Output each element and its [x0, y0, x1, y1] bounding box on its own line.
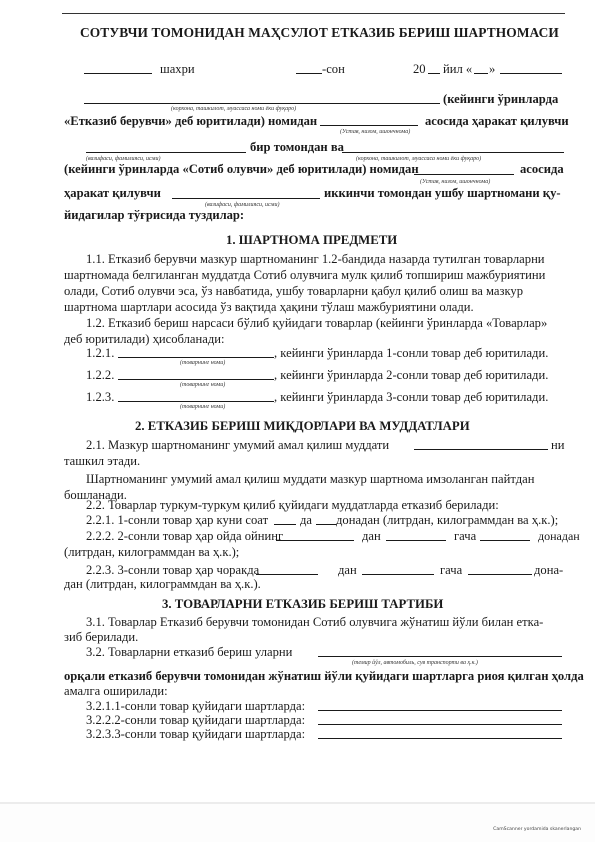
qty3-blank[interactable]	[468, 574, 532, 575]
qty2-blank[interactable]	[480, 540, 530, 541]
from-q-blank[interactable]	[256, 574, 318, 575]
s2-p21-tail: ни	[551, 438, 564, 453]
item-1-blank[interactable]	[118, 357, 274, 358]
s3-p32-line: амалга оширилади:	[64, 684, 168, 699]
s1-p2-line: 1.2. Етказиб бериш нарсаси бўлиб қуйидаг…	[86, 316, 547, 331]
scanner-watermark: CamScanner yordamida skanerlangan	[493, 827, 581, 832]
s2-p222-mid1: дан	[362, 529, 381, 544]
s2-p223-mid2: гача	[440, 563, 462, 578]
s3-p32-line: орқали етказиб берувчи томонидан жўнатиш…	[64, 669, 584, 684]
section3-heading: 3. ТОВАРЛАРНИ ЕТКАЗИБ БЕРИШ ТАРТИБИ	[162, 597, 443, 612]
item-1-hint: (товарнинг номи)	[180, 360, 225, 366]
hint-basis: (Устав, низом, ишончнома)	[340, 129, 410, 135]
city-label: шахри	[160, 62, 195, 77]
item-3-hint: (товарнинг номи)	[180, 404, 225, 410]
city-blank[interactable]	[84, 73, 152, 74]
parties-line6: йидагилар тўғрисида туздилар:	[64, 208, 244, 223]
item-2-tail: , кейинги ўринларда 2-сонли товар деб юр…	[274, 368, 548, 383]
from-day-blank[interactable]	[276, 540, 354, 541]
parties-line4-tail: асосида	[520, 162, 564, 177]
item-1-num: 1.2.1.	[86, 346, 114, 361]
supplier-person-blank[interactable]	[86, 152, 246, 153]
s2-p21-line2: ташкил этади.	[64, 454, 140, 469]
s2-p222-tail: донадан	[538, 529, 580, 544]
parties-line5-head: ҳаракат қилувчи	[64, 186, 161, 201]
s1-p1-line: олади, Сотиб олувчи эса, ўз навбатида, у…	[64, 284, 523, 299]
transport-blank[interactable]	[318, 656, 562, 657]
parties-line3-mid: бир томондан ва	[250, 140, 344, 155]
parties-line2-tail: асосида ҳаракат қилувчи	[425, 114, 569, 129]
parties-line1-tail: (кейинги ўринларда	[443, 92, 558, 107]
item-1-tail: , кейинги ўринларда 1-сонли товар деб юр…	[274, 346, 548, 361]
year-blank[interactable]	[428, 73, 440, 74]
transport-hint: (темир йўл, автомобиль, сув транспорти в…	[352, 660, 478, 666]
qty1-blank[interactable]	[316, 524, 336, 525]
s2-p221-head: 2.2.1. 1-сонли товар ҳар куни соат	[86, 513, 268, 528]
section2-heading: 2. ЕТКАЗИБ БЕРИШ МИҚДОРЛАРИ ВА МУДДАТЛАР…	[135, 419, 470, 434]
section1-heading: 1. ШАРТНОМА ПРЕДМЕТИ	[226, 233, 397, 248]
condition-2-blank[interactable]	[318, 724, 562, 725]
item-2-hint: (товарнинг номи)	[180, 382, 225, 388]
s2-p222-line2: (литрдан, килограммдан ва ҳ.к.);	[64, 545, 239, 560]
s3-p31-line: 3.1. Товарлар Етказиб берувчи томонидан …	[86, 615, 543, 630]
condition-3-blank[interactable]	[318, 738, 562, 739]
day-blank[interactable]	[474, 73, 488, 74]
document-title: СОТУВЧИ ТОМОНИДАН МАҲСУЛОТ ЕТКАЗИБ БЕРИШ…	[80, 25, 559, 41]
buyer-person-blank[interactable]	[172, 198, 320, 199]
s3-p32-head: 3.2. Товарларни етказиб бериш уларни	[86, 645, 292, 660]
s1-p1-line: 1.1. Етказиб берувчи мазкур шартноманинг…	[86, 252, 545, 267]
s2-p223-mid1: дан	[338, 563, 357, 578]
footer-bar	[0, 804, 595, 842]
buyer-basis-blank[interactable]	[414, 174, 514, 175]
s1-p1-line: шартномада белгиланган муддатда Сотиб ол…	[64, 268, 545, 283]
parties-line5-tail: иккинчи томондан ушбу шартномани қу-	[324, 186, 561, 201]
parties-line4-head: (кейинги ўринларда «Сотиб олувчи» деб юр…	[64, 162, 419, 177]
s2-p223-line2: дан (литрдан, килограммдан ва ҳ.к.).	[64, 577, 261, 592]
condition-1-label: 3.2.1.1-сонли товар қуйидаги шартларда:	[86, 699, 305, 714]
s2-p222-mid2: гача	[454, 529, 476, 544]
condition-1-blank[interactable]	[318, 710, 562, 711]
hint-basis2: (Устав, низом, ишончнома)	[420, 179, 490, 185]
item-2-num: 1.2.2.	[86, 368, 114, 383]
condition-2-label: 3.2.2.2-сонли товар қуйидаги шартларда:	[86, 713, 305, 728]
s1-p1-line: шартнома шартлари асосида ўз вақтида ҳақ…	[64, 300, 474, 315]
supplier-name-blank[interactable]	[84, 103, 440, 104]
parties-line2-head: «Етказиб берувчи» деб юритилади) номидан	[64, 114, 317, 129]
hint-org: (корхона, ташкилот, муассаса номи ёки фу…	[171, 106, 296, 112]
hour-blank[interactable]	[274, 524, 296, 525]
s2-start-line: Шартноманинг умумий амал қилиш муддати м…	[86, 472, 534, 487]
year-prefix: 20	[413, 62, 426, 77]
s2-p221-tail: донадан (литрдан, килограммдан ва ҳ.к.);	[336, 513, 558, 528]
s3-p31-line: зиб берилади.	[64, 630, 138, 645]
to-q-blank[interactable]	[362, 574, 434, 575]
item-3-tail: , кейинги ўринларда 3-сонли товар деб юр…	[274, 390, 548, 405]
item-3-num: 1.2.3.	[86, 390, 114, 405]
number-label: -сон	[322, 62, 345, 77]
year-label: йил «	[443, 62, 472, 77]
s2-p21-head: 2.1. Мазкур шартноманинг умумий амал қил…	[86, 438, 389, 453]
s2-p223-head: 2.2.3. 3-сонли товар ҳар чоракда	[86, 563, 259, 578]
document-page: СОТУВЧИ ТОМОНИДАН МАҲСУЛОТ ЕТКАЗИБ БЕРИШ…	[0, 0, 595, 800]
s1-p2-line: деб юритилади) ҳисобланади:	[64, 332, 224, 347]
s2-p223-tail: дона-	[534, 563, 563, 578]
supplier-basis-blank[interactable]	[320, 125, 418, 126]
s2-p221-mid: да	[300, 513, 312, 528]
number-blank[interactable]	[296, 73, 322, 74]
buyer-name-blank[interactable]	[342, 152, 564, 153]
month-blank[interactable]	[500, 73, 562, 74]
item-2-blank[interactable]	[118, 379, 274, 380]
s2-p222-head: 2.2.2. 2-сонли товар ҳар ойда ойнинг	[86, 529, 283, 544]
top-rule	[62, 13, 565, 14]
to-day-blank[interactable]	[386, 540, 446, 541]
item-3-blank[interactable]	[118, 401, 274, 402]
s2-p22: 2.2. Товарлар туркум-туркум қилиб қуйида…	[86, 498, 499, 513]
term-blank[interactable]	[414, 449, 548, 450]
date-close: »	[489, 62, 495, 77]
condition-3-label: 3.2.3.3-сонли товар қуйидаги шартларда:	[86, 727, 305, 742]
